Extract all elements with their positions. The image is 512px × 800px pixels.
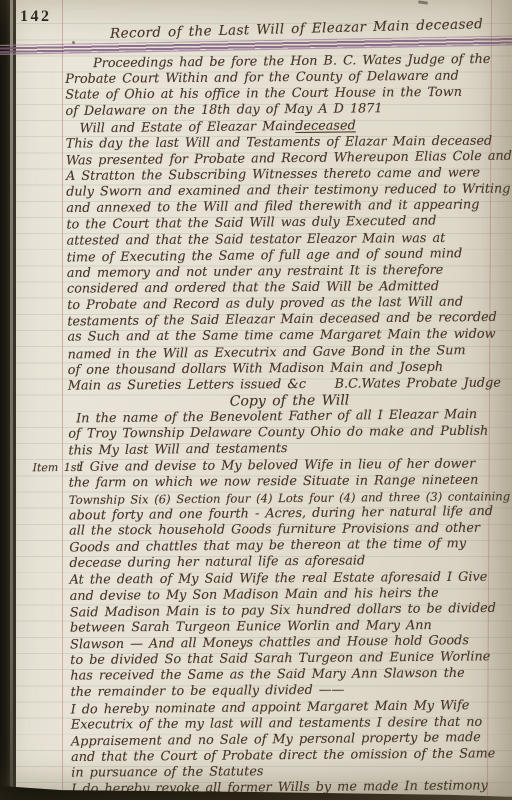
line-text: Main as Sureties Letters issued &c <box>68 377 306 395</box>
manuscript-body: Proceedings had be fore the Hon B. C. Wa… <box>65 52 512 798</box>
book-binding-edge <box>0 0 10 800</box>
line-text: decease during her natural life as afore… <box>69 554 365 573</box>
line-text: the remainder to be equally divided —— <box>70 683 344 702</box>
item-margin-label: Item 1st <box>33 459 81 476</box>
line-text: in pursuance of the Statutes <box>71 764 263 781</box>
underlined-word: deceased <box>295 118 356 135</box>
left-margin-rule <box>62 0 63 800</box>
judge-signature: B.C.Wates Probate Judge <box>335 375 511 392</box>
ink-speck <box>72 41 75 44</box>
line-text: Copy of the Will <box>230 392 350 409</box>
page-number: 142 <box>20 8 52 26</box>
record-book-page: 142 Record of the Last Will of Eleazar M… <box>0 0 512 800</box>
paper-blemish <box>418 0 428 4</box>
binding-shadow-line <box>13 0 16 800</box>
